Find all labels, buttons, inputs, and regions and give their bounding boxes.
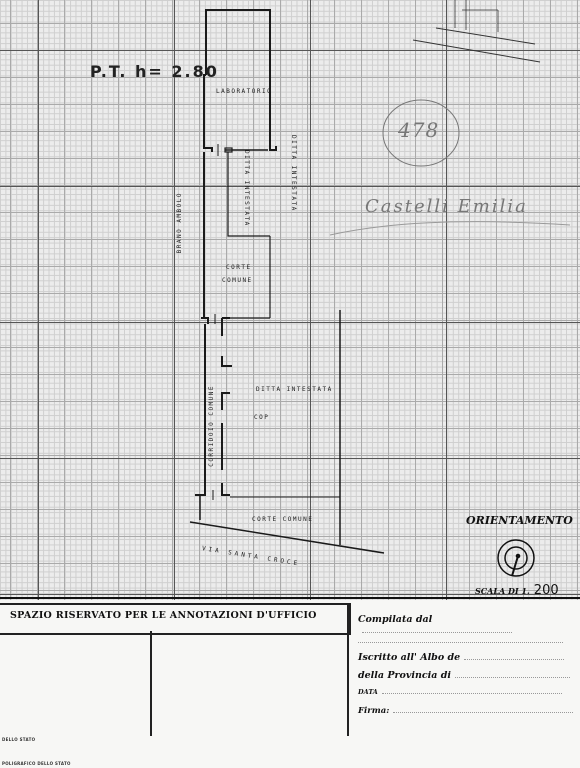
- printer-mark-2: POLIGRAFICO DELLO STATO: [2, 761, 71, 766]
- compilata-field-2: [358, 635, 563, 646]
- office-annotations-title: SPAZIO RISERVATO PER LE ANNOTAZIONI D'UF…: [10, 610, 317, 621]
- compilata-line-2[interactable]: [358, 642, 563, 643]
- room-corridoio-comune: CORRIDOIO COMUNE: [208, 385, 215, 467]
- orientation-label: ORIENTAMENTO: [466, 514, 573, 527]
- room-corte-comune-1b: COMUNE: [222, 277, 253, 284]
- divider-left: [150, 631, 152, 736]
- room-ditta-intestata-3: DITTA INTESTATA: [256, 386, 333, 393]
- floor-label: P.T. h= 2.80: [90, 62, 219, 81]
- pencil-number: 478: [398, 118, 439, 142]
- floor-plan-drawing: [0, 0, 580, 600]
- data-field: DATA: [358, 688, 562, 696]
- printer-mark-1: DELLO STATO: [2, 737, 35, 742]
- provincia-line[interactable]: [455, 677, 570, 678]
- room-cop: COP: [254, 414, 269, 421]
- divider-right: [347, 603, 349, 736]
- room-laboratorio: LABORATORIO: [216, 88, 272, 95]
- compilata-field: Compilata dal: [358, 614, 580, 636]
- firma-line[interactable]: [393, 712, 573, 713]
- firma-field: Firma:: [358, 706, 573, 716]
- room-corte-comune-1a: CORTE: [226, 264, 252, 271]
- room-ditta-intestata-2: DITTA INTESTATA: [290, 135, 297, 212]
- compilata-line[interactable]: [362, 632, 512, 633]
- iscritto-line[interactable]: [464, 659, 564, 660]
- scale-text: SCALA DI 1.: [475, 586, 530, 596]
- room-corte-comune-2: CORTE COMUNE: [252, 516, 313, 523]
- iscritto-field: Iscritto all' Albo de: [358, 652, 564, 663]
- room-ditta-intestata-1: DITTA INTESTATA: [243, 150, 250, 227]
- room-brano-ambolo: BRANO AMBOLO: [176, 192, 183, 253]
- provincia-field: della Provincia di: [358, 670, 570, 681]
- compass-icon: [498, 540, 534, 576]
- pencil-location: Castelli Emilia: [365, 196, 528, 217]
- scale-value: 200: [534, 583, 559, 598]
- scale-label: SCALA DI 1.200: [475, 583, 559, 598]
- data-line[interactable]: [382, 693, 562, 694]
